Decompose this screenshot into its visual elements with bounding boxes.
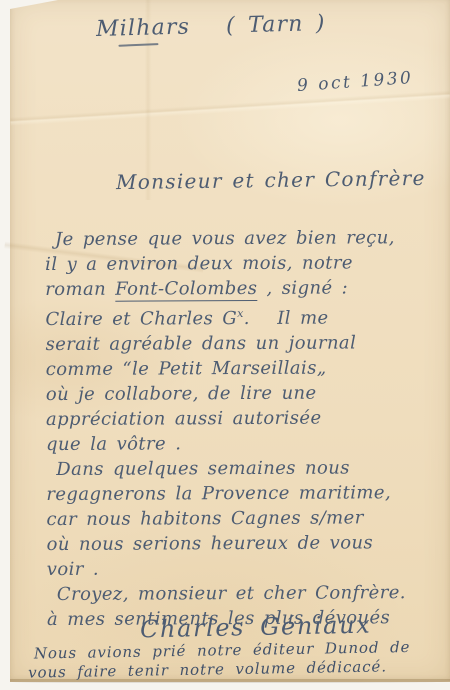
letter-body-line: appréciation aussi autorisée	[46, 405, 448, 432]
letter-body-line: où je collabore, de lire une	[46, 380, 448, 407]
salutation: Monsieur et cher Confrère	[116, 166, 426, 194]
place-name: Milhars	[96, 15, 191, 42]
letter-body-line: regagnerons la Provence maritime,	[46, 480, 448, 507]
region-name: ( Tarn )	[226, 11, 326, 39]
letter-body-line: où nous serions heureux de vous	[47, 530, 449, 557]
letter-body-line: Je pense que vous avez bien reçu,	[45, 225, 447, 252]
letter-body-line: serait agréable dans un journal	[45, 330, 447, 357]
letter-body-line: il y a environ deux mois, notre	[45, 250, 447, 277]
letter-body: Je pense que vous avez bien reçu,il y a …	[45, 225, 449, 632]
paper-corner	[10, 0, 58, 9]
postscript: Nous avions prié notre éditeur Dunod dev…	[28, 637, 447, 682]
letter-body-line: Dans quelques semaines nous	[46, 455, 448, 482]
letter-body-line: Croyez, monsieur et cher Confrère.	[47, 580, 449, 607]
scanned-letter: Milhars( Tarn ) 9 oct 1930 Monsieur et c…	[0, 0, 450, 690]
letter-body-line: car nous habitons Cagnes s/mer	[46, 505, 448, 532]
letter-body-line: Claire et Charles Gx. Il me	[45, 300, 447, 332]
letter-body-line: roman Font-Colombes , signé :	[45, 275, 447, 302]
letter-body-line: voir .	[47, 555, 449, 582]
letter-body-line: que la vôtre .	[46, 430, 448, 457]
letter-body-line: comme “le Petit Marseillais„	[46, 355, 448, 382]
